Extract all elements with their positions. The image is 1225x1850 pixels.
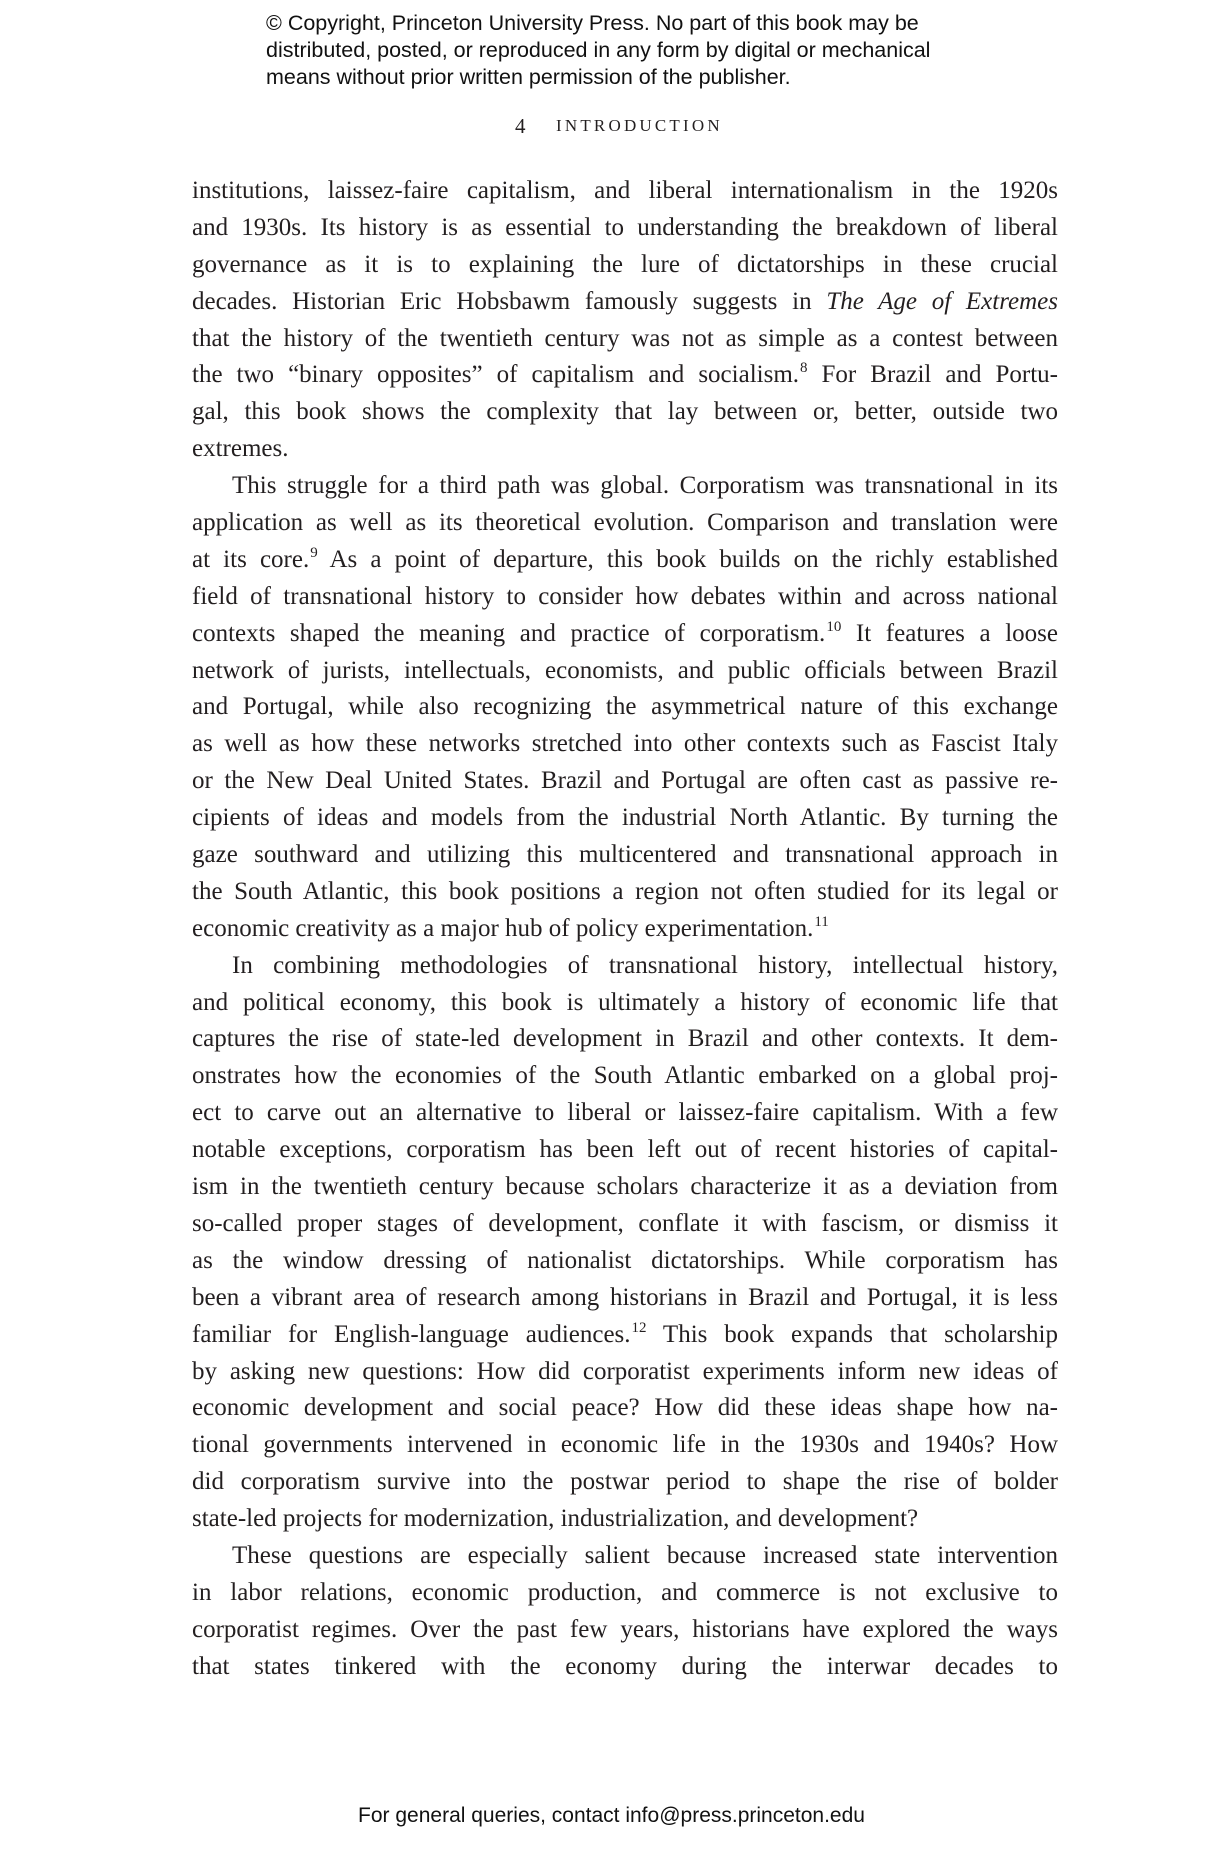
- text-line: These questions are especially salient b…: [192, 1538, 1058, 1575]
- copyright-line: © Copyright, Princeton University Press.…: [266, 10, 966, 37]
- text-line: the South Atlantic, this book positions …: [192, 874, 1058, 911]
- text-line: as the window dressing of nationalist di…: [192, 1243, 1058, 1280]
- text-line: governance as it is to explaining the lu…: [192, 247, 1058, 284]
- line-text: onstrates how the economies of the South…: [192, 1062, 1058, 1089]
- line-text: been a vibrant area of research among hi…: [192, 1284, 1058, 1311]
- line-text: network of jurists, intellectuals, econo…: [192, 657, 1058, 684]
- body-text: institutions, laissez-faire capitalism, …: [192, 173, 1058, 1686]
- line-text: For Brazil and Portu-: [808, 361, 1058, 388]
- text-line: ect to carve out an alternative to liber…: [192, 1095, 1058, 1132]
- line-text: and 1930s. Its history is as essential t…: [192, 214, 1058, 241]
- line-text: or the New Deal United States. Brazil an…: [192, 767, 1058, 794]
- text-line: state-led projects for modernization, in…: [192, 1501, 1058, 1538]
- line-text: so-called proper stages of development, …: [192, 1210, 1058, 1237]
- paragraph: These questions are especially salient b…: [192, 1538, 1058, 1686]
- text-line: field of transnational history to consid…: [192, 579, 1058, 616]
- section-title: Introduction: [556, 116, 723, 136]
- line-text: gal, this book shows the complexity that…: [192, 398, 1058, 425]
- line-text: as the window dressing of nationalist di…: [192, 1247, 1058, 1274]
- line-text: As a point of departure, this book build…: [318, 546, 1058, 573]
- footnote-marker[interactable]: 12: [632, 1320, 647, 1336]
- text-line: notable exceptions, corporatism has been…: [192, 1132, 1058, 1169]
- line-text: tional governments intervened in economi…: [192, 1431, 1058, 1458]
- text-line: ism in the twentieth century because sch…: [192, 1169, 1058, 1206]
- line-text: did corporatism survive into the postwar…: [192, 1468, 1058, 1495]
- copyright-notice: © Copyright, Princeton University Press.…: [266, 10, 966, 91]
- text-line: corporatist regimes. Over the past few y…: [192, 1612, 1058, 1649]
- text-line: This struggle for a third path was globa…: [192, 468, 1058, 505]
- text-line: by asking new questions: How did corpora…: [192, 1354, 1058, 1391]
- copyright-line: distributed, posted, or reproduced in an…: [266, 37, 966, 64]
- text-line: captures the rise of state-led developme…: [192, 1021, 1058, 1058]
- line-text: application as well as its theoretical e…: [192, 509, 1058, 536]
- text-line: so-called proper stages of development, …: [192, 1206, 1058, 1243]
- line-text: notable exceptions, corporatism has been…: [192, 1136, 1058, 1163]
- line-text: the two “binary opposites” of capitalism…: [192, 361, 799, 388]
- text-line: contexts shaped the meaning and practice…: [192, 616, 1058, 653]
- line-text: This book expands that scholarship: [647, 1321, 1058, 1348]
- text-line: cipients of ideas and models from the in…: [192, 800, 1058, 837]
- line-text: In combining methodologies of transnatio…: [232, 952, 1058, 979]
- text-line: network of jurists, intellectuals, econo…: [192, 653, 1058, 690]
- line-text: and political economy, this book is ulti…: [192, 989, 1058, 1016]
- text-line: onstrates how the economies of the South…: [192, 1058, 1058, 1095]
- line-text: and Portugal, while also recognizing the…: [192, 693, 1058, 720]
- text-line: decades. Historian Eric Hobsbawm famousl…: [192, 284, 1058, 321]
- text-line: that the history of the twentieth centur…: [192, 321, 1058, 358]
- line-text: This struggle for a third path was globa…: [232, 472, 1058, 499]
- line-text: corporatist regimes. Over the past few y…: [192, 1616, 1058, 1643]
- text-line: economic development and social peace? H…: [192, 1390, 1058, 1427]
- line-text: ect to carve out an alternative to liber…: [192, 1099, 1058, 1126]
- text-line: and political economy, this book is ulti…: [192, 985, 1058, 1022]
- line-text: extremes.: [192, 435, 288, 462]
- book-title: The Age of Extremes: [826, 288, 1058, 315]
- line-text: economic development and social peace? H…: [192, 1394, 1058, 1421]
- line-text: that states tinkered with the economy du…: [192, 1653, 1058, 1680]
- text-line: in labor relations, economic production,…: [192, 1575, 1058, 1612]
- text-line: or the New Deal United States. Brazil an…: [192, 763, 1058, 800]
- text-line: gal, this book shows the complexity that…: [192, 394, 1058, 431]
- line-text: that the history of the twentieth centur…: [192, 325, 1058, 352]
- footnote-marker[interactable]: 9: [310, 545, 318, 561]
- copyright-line: means without prior written permission o…: [266, 64, 966, 91]
- text-line: institutions, laissez-faire capitalism, …: [192, 173, 1058, 210]
- text-line: as well as how these networks stretched …: [192, 726, 1058, 763]
- line-text: as well as how these networks stretched …: [192, 730, 1058, 757]
- footer: For general queries, contact info@press.…: [0, 1803, 1225, 1829]
- text-line: and Portugal, while also recognizing the…: [192, 689, 1058, 726]
- text-line: been a vibrant area of research among hi…: [192, 1280, 1058, 1317]
- line-text: contexts shaped the meaning and practice…: [192, 620, 825, 647]
- text-line: and 1930s. Its history is as essential t…: [192, 210, 1058, 247]
- line-text: familiar for English-language audiences.: [192, 1321, 631, 1348]
- line-text: captures the rise of state-led developme…: [192, 1025, 1058, 1052]
- line-text: ism in the twentieth century because sch…: [192, 1173, 1058, 1200]
- paragraph: institutions, laissez-faire capitalism, …: [192, 173, 1058, 468]
- running-head: 4 Introduction: [0, 112, 1225, 140]
- text-line: the two “binary opposites” of capitalism…: [192, 357, 1058, 394]
- text-line: In combining methodologies of transnatio…: [192, 948, 1058, 985]
- text-line: did corporatism survive into the postwar…: [192, 1464, 1058, 1501]
- text-line: economic creativity as a major hub of po…: [192, 911, 1058, 948]
- line-text: economic creativity as a major hub of po…: [192, 915, 813, 942]
- line-text: decades. Historian Eric Hobsbawm famousl…: [192, 288, 826, 315]
- line-text: by asking new questions: How did corpora…: [192, 1358, 1058, 1385]
- paragraph: This struggle for a third path was globa…: [192, 468, 1058, 948]
- text-line: tional governments intervened in economi…: [192, 1427, 1058, 1464]
- page-number: 4: [515, 114, 526, 139]
- line-text: institutions, laissez-faire capitalism, …: [192, 177, 1058, 204]
- footnote-marker[interactable]: 8: [800, 360, 808, 376]
- line-text: state-led projects for modernization, in…: [192, 1505, 918, 1532]
- line-text: These questions are especially salient b…: [232, 1542, 1058, 1569]
- footnote-marker[interactable]: 11: [814, 914, 828, 930]
- paragraph: In combining methodologies of transnatio…: [192, 948, 1058, 1538]
- line-text: in labor relations, economic production,…: [192, 1579, 1058, 1606]
- line-text: the South Atlantic, this book positions …: [192, 878, 1058, 905]
- contact-text: For general queries, contact info@press.…: [358, 1804, 865, 1827]
- text-line: familiar for English-language audiences.…: [192, 1317, 1058, 1354]
- text-line: at its core.9 As a point of departure, t…: [192, 542, 1058, 579]
- line-text: at its core.: [192, 546, 309, 573]
- line-text: cipients of ideas and models from the in…: [192, 804, 1058, 831]
- line-text: governance as it is to explaining the lu…: [192, 251, 1058, 278]
- line-text: field of transnational history to consid…: [192, 583, 1058, 610]
- line-text: gaze southward and utilizing this multic…: [192, 841, 1058, 868]
- text-line: that states tinkered with the economy du…: [192, 1649, 1058, 1686]
- text-line: gaze southward and utilizing this multic…: [192, 837, 1058, 874]
- footnote-marker[interactable]: 10: [826, 619, 841, 635]
- line-text: It features a loose: [841, 620, 1058, 647]
- text-line: application as well as its theoretical e…: [192, 505, 1058, 542]
- text-line: extremes.: [192, 431, 1058, 468]
